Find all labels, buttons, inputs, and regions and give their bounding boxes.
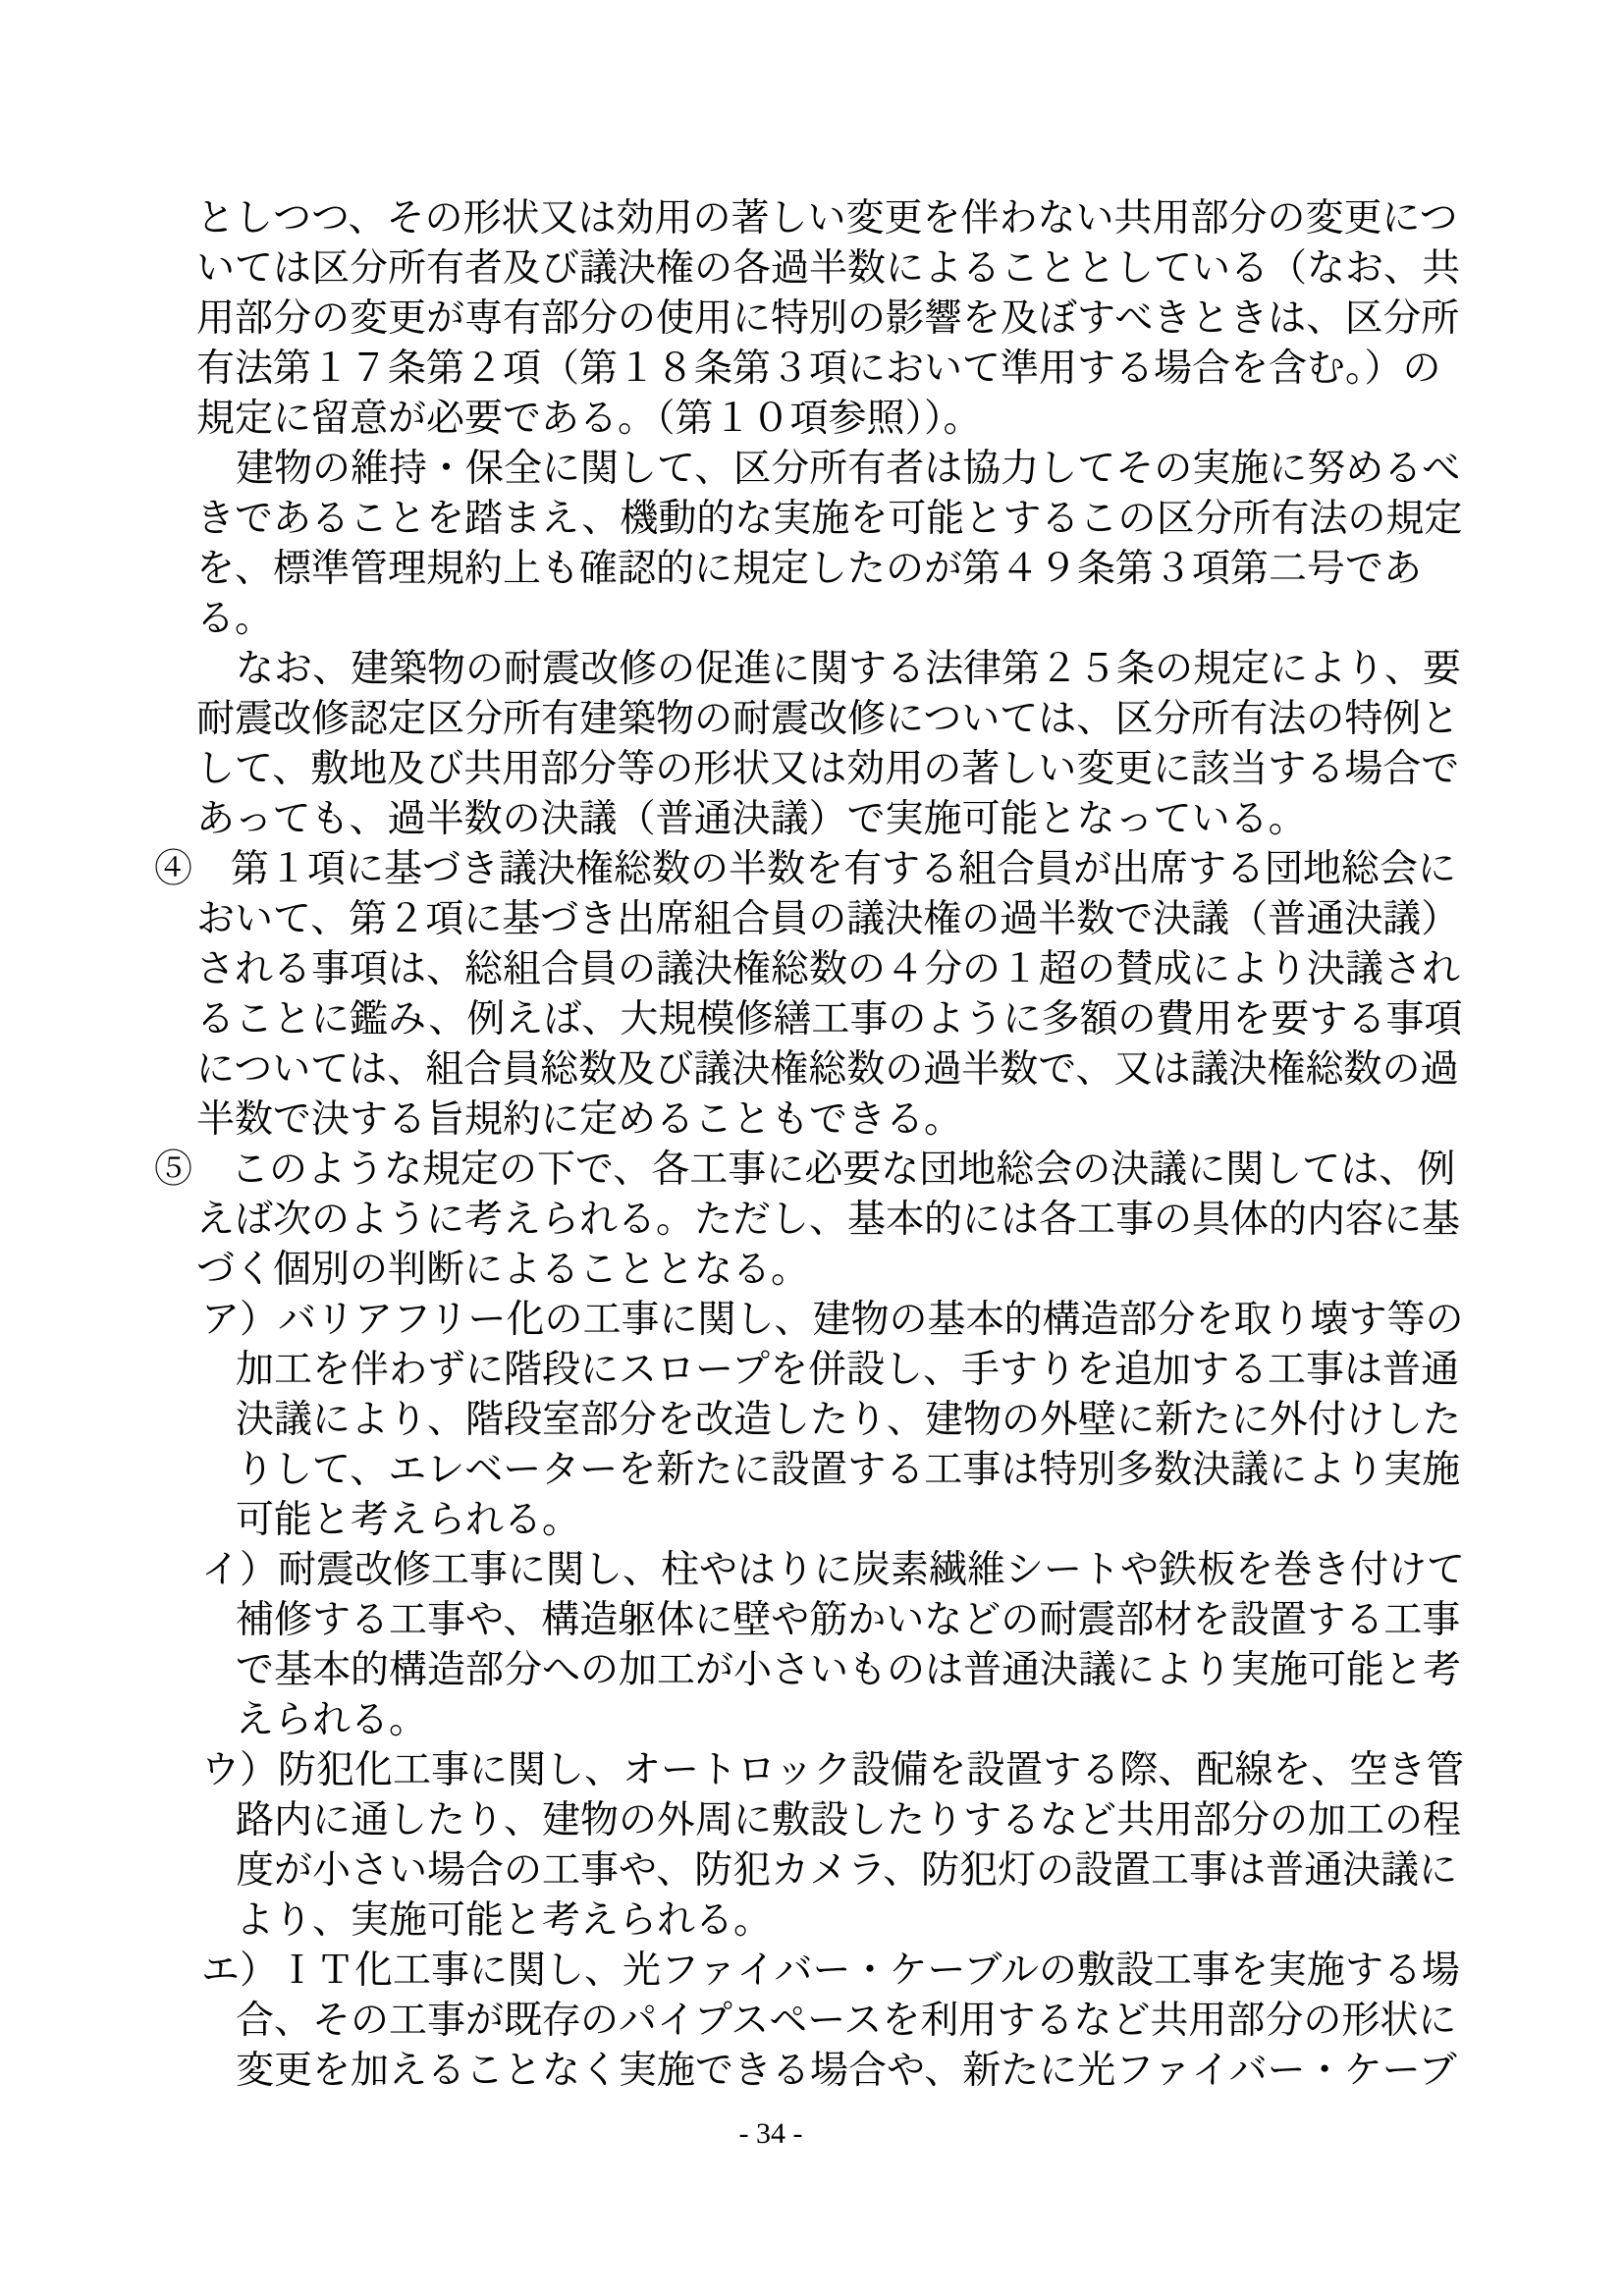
- text-line: ④ 第１項に基づき議決権総数の半数を有する組合員が出席する団地総会に: [154, 844, 1529, 894]
- text-line: 加工を伴わずに階段にスロープを併設し、手すりを追加する工事は普通: [236, 1345, 1529, 1395]
- text-line: あっても、過半数の決議（普通決議）で実施可能となっている。: [196, 794, 1529, 844]
- text-line: きであることを踏まえ、機動的な実施を可能とするこの区分所有法の規定: [196, 494, 1529, 544]
- text-line: ア）バリアフリー化の工事に関し、建物の基本的構造部分を取り壊す等の: [201, 1295, 1529, 1345]
- text-line: 有法第１７条第２項（第１８条第３項において準用する場合を含む。）の: [196, 344, 1529, 394]
- text-line: については、組合員総数及び議決権総数の過半数で、又は議決権総数の過: [196, 1044, 1529, 1095]
- text-line: 半数で決する旨規約に定めることもできる。: [196, 1095, 1529, 1145]
- text-line: 耐震改修認定区分所有建築物の耐震改修については、区分所有法の特例と: [196, 694, 1529, 744]
- paragraph-indented: 建物の維持・保全に関して、区分所有者は協力してその実施に努めるべきであることを踏…: [154, 444, 1529, 644]
- text-line: で基本的構造部分への加工が小さいものは普通決議により実施可能と考: [236, 1645, 1529, 1695]
- text-line: えられる。: [236, 1695, 1529, 1745]
- paragraph-continuation: としつつ、その形状又は効用の著しい変更を伴わない共用部分の変更については区分所有…: [154, 193, 1529, 444]
- text-line: より、実施可能と考えられる。: [236, 1896, 1529, 1946]
- paragraph-kana-イ）: イ）耐震改修工事に関し、柱やはりに炭素繊維シートや鉄板を巻き付けて補修する工事や…: [154, 1545, 1529, 1745]
- text-line: 可能と考えられる。: [236, 1495, 1529, 1545]
- text-line: 変更を加えることなく実施できる場合や、新たに光ファイバー・ケーブ: [236, 2046, 1529, 2096]
- text-line: 決議により、階段室部分を改造したり、建物の外壁に新たに外付けした: [236, 1395, 1529, 1445]
- text-line: えば次のように考えられる。ただし、基本的には各工事の具体的内容に基: [196, 1195, 1529, 1245]
- text-line: 用部分の変更が専有部分の使用に特別の影響を及ぼすべきときは、区分所: [196, 294, 1529, 344]
- text-line: おいて、第２項に基づき出席組合員の議決権の過半数で決議（普通決議）: [196, 894, 1529, 944]
- text-line: 度が小さい場合の工事や、防犯カメラ、防犯灯の設置工事は普通決議に: [236, 1845, 1529, 1896]
- text-line: を、標準管理規約上も確認的に規定したのが第４９条第３項第二号であ: [196, 544, 1529, 594]
- text-line: 路内に通したり、建物の外周に敷設したりするなど共用部分の加工の程: [236, 1795, 1529, 1845]
- document-body: としつつ、その形状又は効用の著しい変更を伴わない共用部分の変更については区分所有…: [154, 193, 1529, 2096]
- text-line: 合、その工事が既存のパイプスペースを利用するなど共用部分の形状に: [236, 1996, 1529, 2046]
- text-line: して、敷地及び共用部分等の形状又は効用の著しい変更に該当する場合で: [196, 744, 1529, 794]
- text-line: エ）ＩＴ化工事に関し、光ファイバー・ケーブルの敷設工事を実施する場: [201, 1946, 1529, 1996]
- page-number: - 34 -: [0, 2116, 1542, 2152]
- document-page: としつつ、その形状又は効用の著しい変更を伴わない共用部分の変更については区分所有…: [0, 0, 1624, 2296]
- paragraph-circled-④: ④ 第１項に基づき議決権総数の半数を有する組合員が出席する団地総会において、第２…: [154, 844, 1529, 1145]
- text-line: ることに鑑み、例えば、大規模修繕工事のように多額の費用を要する事項: [196, 994, 1529, 1044]
- paragraph-kana-ウ）: ウ）防犯化工事に関し、オートロック設備を設置する際、配線を、空き管路内に通したり…: [154, 1745, 1529, 1946]
- paragraph-kana-エ）: エ）ＩＴ化工事に関し、光ファイバー・ケーブルの敷設工事を実施する場合、その工事が…: [154, 1946, 1529, 2096]
- text-line: る。: [196, 594, 1529, 644]
- text-line: なお、建築物の耐震改修の促進に関する法律第２５条の規定により、要: [236, 644, 1529, 694]
- text-line: いては区分所有者及び議決権の各過半数によることとしている（なお、共: [196, 243, 1529, 294]
- text-line: される事項は、総組合員の議決権総数の４分の１超の賛成により決議され: [196, 944, 1529, 994]
- text-line: 建物の維持・保全に関して、区分所有者は協力してその実施に努めるべ: [236, 444, 1529, 494]
- text-line: ⑤ このような規定の下で、各工事に必要な団地総会の決議に関しては、例: [154, 1145, 1529, 1195]
- text-line: づく個別の判断によることとなる。: [196, 1245, 1529, 1295]
- text-line: りして、エレベーターを新たに設置する工事は特別多数決議により実施: [236, 1445, 1529, 1495]
- paragraph-indented: なお、建築物の耐震改修の促進に関する法律第２５条の規定により、要耐震改修認定区分…: [154, 644, 1529, 844]
- text-line: イ）耐震改修工事に関し、柱やはりに炭素繊維シートや鉄板を巻き付けて: [201, 1545, 1529, 1595]
- text-line: ウ）防犯化工事に関し、オートロック設備を設置する際、配線を、空き管: [201, 1745, 1529, 1795]
- text-line: 規定に留意が必要である。（第１０項参照））。: [196, 394, 1529, 444]
- text-line: としつつ、その形状又は効用の著しい変更を伴わない共用部分の変更につ: [196, 193, 1529, 243]
- text-line: 補修する工事や、構造躯体に壁や筋かいなどの耐震部材を設置する工事: [236, 1595, 1529, 1645]
- paragraph-kana-ア）: ア）バリアフリー化の工事に関し、建物の基本的構造部分を取り壊す等の加工を伴わずに…: [154, 1295, 1529, 1545]
- paragraph-circled-⑤: ⑤ このような規定の下で、各工事に必要な団地総会の決議に関しては、例えば次のよう…: [154, 1145, 1529, 1295]
